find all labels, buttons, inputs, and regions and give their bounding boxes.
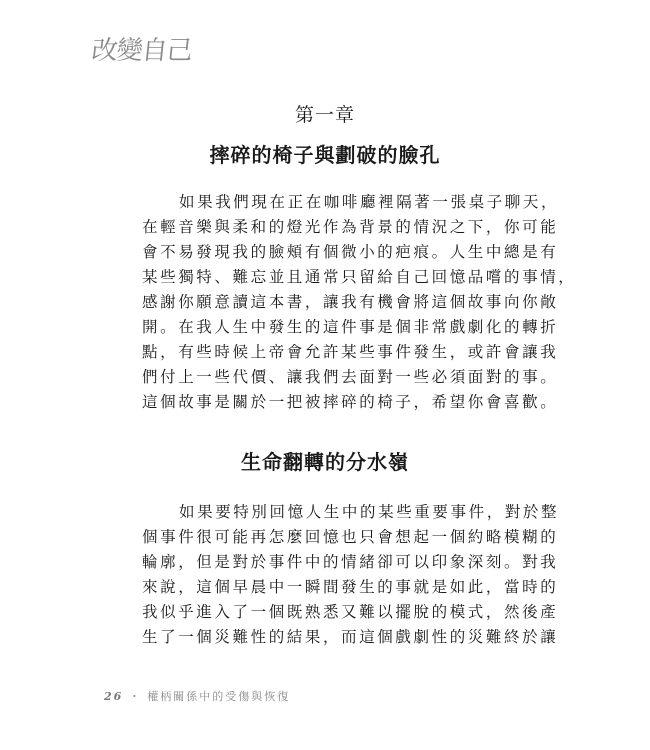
text-line: 這個故事是關於一把被摔碎的椅子，希望你會喜歡。 <box>142 390 494 415</box>
text-line: 會不易發現我的臉頰有個微小的疤痕。人生中總是有 <box>142 240 494 265</box>
text-line: 個事件很可能再怎麼回憶也只會想起一個約略模糊的 <box>142 525 494 550</box>
text-line: 來說，這個早晨中一瞬間發生的事就是如此，當時的 <box>142 575 494 600</box>
text-line: 開。在我人生中發生的這件事是個非常戲劇化的轉折 <box>142 315 494 340</box>
text-line: 在輕音樂與柔和的燈光作為背景的情況之下，你可能 <box>142 215 494 240</box>
text-line: 某些獨特、難忘並且通常只留給自己回憶品嚐的事情， <box>142 265 494 290</box>
section-heading: 生命翻轉的分水嶺 <box>0 446 650 475</box>
chapter-title: 摔碎的椅子與劃破的臉孔 <box>0 139 650 168</box>
running-title: 權柄關係中的受傷與恢復 <box>147 690 290 703</box>
paragraph-2: 如果要特別回憶人生中的某些重要事件，對於整 個事件很可能再怎麼回憶也只會想起一個… <box>142 500 494 650</box>
text-line: 生了一個災難性的結果，而這個戲劇性的災難終於讓 <box>142 625 494 650</box>
series-logo: 改變自己 <box>90 30 194 67</box>
page-number: 26 <box>104 690 123 703</box>
text-line: 我似乎進入了一個既熟悉又難以擺脫的模式，然後產 <box>142 600 494 625</box>
text-line: 輪廓，但是對於事件中的情緒卻可以印象深刻。對我 <box>142 550 494 575</box>
footer-separator: ・ <box>129 690 142 703</box>
chapter-label: 第一章 <box>0 100 650 127</box>
text-line: 感謝你願意讀這本書，讓我有機會將這個故事向你敞 <box>142 290 494 315</box>
paragraph-1: 如果我們現在正在咖啡廳裡隔著一張桌子聊天， 在輕音樂與柔和的燈光作為背景的情況之… <box>142 190 494 415</box>
text-line: 們付上一些代價、讓我們去面對一些必須面對的事。 <box>142 365 494 390</box>
text-line: 點，有些時候上帝會允許某些事件發生，或許會讓我 <box>142 340 494 365</box>
text-line: 如果我們現在正在咖啡廳裡隔著一張桌子聊天， <box>142 190 494 215</box>
text-line: 如果要特別回憶人生中的某些重要事件，對於整 <box>142 500 494 525</box>
page-footer: 26 ・ 權柄關係中的受傷與恢復 <box>104 688 290 704</box>
